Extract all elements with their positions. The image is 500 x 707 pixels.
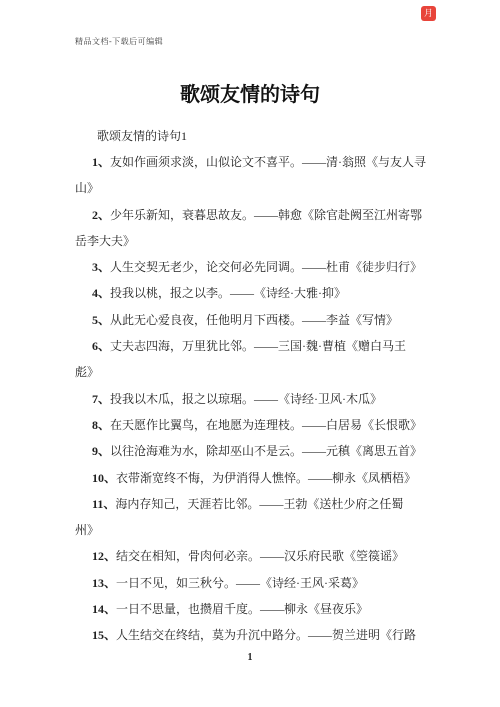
- item-number: 5、: [92, 313, 110, 327]
- poem-item: 3、人生交契无老少，论交何必先同调。——杜甫《徒步归行》: [75, 254, 445, 280]
- item-text: 少年乐新知，衰暮思故友。——韩愈《除官赴阙至江州寄鄂 岳李大夫》: [75, 208, 422, 248]
- item-number: 8、: [92, 418, 110, 432]
- item-text: 丈夫志四海，万里犹比邻。——三国·魏·曹植《赠白马王 彪》: [75, 339, 406, 379]
- item-text: 一日不思量，也攒眉千度。——柳永《昼夜乐》: [116, 602, 368, 616]
- red-seal-icon: 月: [421, 6, 436, 21]
- page-title: 歌颂友情的诗句: [0, 78, 500, 107]
- poem-item: 2、少年乐新知，衰暮思故友。——韩愈《除官赴阙至江州寄鄂 岳李大夫》: [75, 202, 445, 255]
- item-text: 衣带渐宽终不悔，为伊消得人憔悴。——柳永《凤栖梧》: [116, 471, 416, 485]
- item-number: 15、: [92, 628, 116, 642]
- item-text: 以往沧海难为水，除却巫山不是云。——元稹《离思五首》: [110, 444, 422, 458]
- poem-item: 10、衣带渐宽终不悔，为伊消得人憔悴。——柳永《凤栖梧》: [75, 465, 445, 491]
- item-number: 1、: [92, 155, 110, 169]
- item-number: 10、: [92, 471, 116, 485]
- item-number: 12、: [92, 549, 116, 563]
- poem-item: 9、以往沧海难为水，除却巫山不是云。——元稹《离思五首》: [75, 438, 445, 464]
- poem-item: 12、结交在相知，骨肉何必亲。——汉乐府民歌《箜篌谣》: [75, 543, 445, 569]
- poem-item: 6、丈夫志四海，万里犹比邻。——三国·魏·曹植《赠白马王 彪》: [75, 333, 445, 386]
- item-number: 11、: [92, 497, 115, 511]
- poem-item: 15、人生结交在终结，莫为升沉中路分。——贺兰进明《行路: [75, 622, 445, 648]
- poem-item: 7、投我以木瓜，报之以琼琚。——《诗经·卫风·木瓜》: [75, 386, 445, 412]
- poem-item: 4、投我以桃，报之以李。——《诗经·大雅·抑》: [75, 280, 445, 306]
- item-number: 4、: [92, 286, 110, 300]
- item-number: 7、: [92, 392, 110, 406]
- item-text: 投我以木瓜，报之以琼琚。——《诗经·卫风·木瓜》: [110, 392, 382, 406]
- item-text: 一日不见，如三秋兮。——《诗经·王风·采葛》: [116, 576, 364, 590]
- item-text: 投我以桃，报之以李。——《诗经·大雅·抑》: [110, 286, 346, 300]
- poem-item: 5、从此无心爱良夜，任他明月下西楼。——李益《写情》: [75, 307, 445, 333]
- header-note: 精品文档-下载后可编辑: [75, 36, 163, 47]
- poem-item: 14、一日不思量，也攒眉千度。——柳永《昼夜乐》: [75, 596, 445, 622]
- item-text: 结交在相知，骨肉何必亲。——汉乐府民歌《箜篌谣》: [116, 549, 404, 563]
- item-number: 14、: [92, 602, 116, 616]
- item-text: 人生结交在终结，莫为升沉中路分。——贺兰进明《行路: [116, 628, 416, 642]
- item-number: 6、: [92, 339, 110, 353]
- item-number: 13、: [92, 576, 116, 590]
- poem-list: 1、友如作画须求淡，山似论文不喜平。——清·翁照《与友人寻 山》2、少年乐新知，…: [75, 149, 445, 649]
- poem-item: 13、一日不见，如三秋兮。——《诗经·王风·采葛》: [75, 570, 445, 596]
- item-number: 9、: [92, 444, 110, 458]
- item-number: 2、: [92, 208, 110, 222]
- poem-item: 8、在天愿作比翼鸟，在地愿为连理枝。——白居易《长恨歌》: [75, 412, 445, 438]
- section-heading: 歌颂友情的诗句1: [97, 127, 187, 144]
- poem-item: 11、海内存知己，天涯若比邻。——王勃《送杜少府之任蜀 州》: [75, 491, 445, 544]
- poem-item: 1、友如作画须求淡，山似论文不喜平。——清·翁照《与友人寻 山》: [75, 149, 445, 202]
- item-text: 人生交契无老少，论交何必先同调。——杜甫《徒步归行》: [110, 260, 422, 274]
- document-page: 精品文档-下载后可编辑 月 歌颂友情的诗句 歌颂友情的诗句1 1、友如作画须求淡…: [0, 0, 500, 707]
- item-text: 海内存知己，天涯若比邻。——王勃《送杜少府之任蜀 州》: [75, 497, 403, 537]
- item-text: 友如作画须求淡，山似论文不喜平。——清·翁照《与友人寻 山》: [75, 155, 426, 195]
- item-text: 在天愿作比翼鸟，在地愿为连理枝。——白居易《长恨歌》: [110, 418, 422, 432]
- item-number: 3、: [92, 260, 110, 274]
- item-text: 从此无心爱良夜，任他明月下西楼。——李益《写情》: [110, 313, 398, 327]
- page-number: 1: [0, 652, 500, 663]
